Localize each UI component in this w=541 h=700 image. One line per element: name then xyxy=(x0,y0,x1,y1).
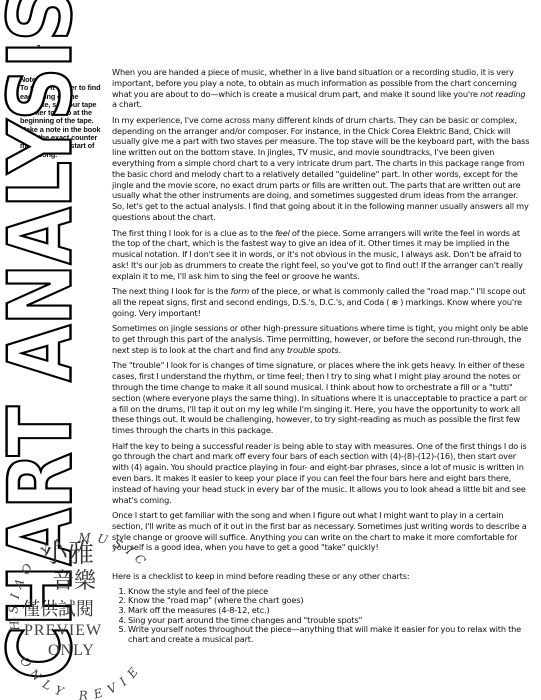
paragraph-experience: In my experience, I've come across many … xyxy=(112,115,532,223)
checklist: 1.Know the style and feel of the piece 2… xyxy=(112,587,532,645)
paragraph-form: The next thing I look for is the form of… xyxy=(112,286,532,318)
paragraph-familiar: Once I start to get familiar with the so… xyxy=(112,510,532,553)
paragraph-measures: Half the key to being a successful reade… xyxy=(112,441,532,506)
paragraph-feel: The first thing I look for is a clue as … xyxy=(112,228,532,282)
paragraph-trouble: The "trouble" I look for is changes of t… xyxy=(112,360,532,436)
paragraph-intro: When you are handed a piece of music, wh… xyxy=(112,67,532,110)
paragraph-trouble-spots: Sometimes on jingle sessions or other hi… xyxy=(112,323,532,355)
checklist-intro: Here is a checklist to keep in mind befo… xyxy=(112,571,532,582)
chapter-title: CHART ANALYSIS xyxy=(0,0,85,680)
checklist-item: 5.Write yourself notes throughout the pi… xyxy=(128,625,532,644)
article-body: When you are handed a piece of music, wh… xyxy=(112,67,532,644)
